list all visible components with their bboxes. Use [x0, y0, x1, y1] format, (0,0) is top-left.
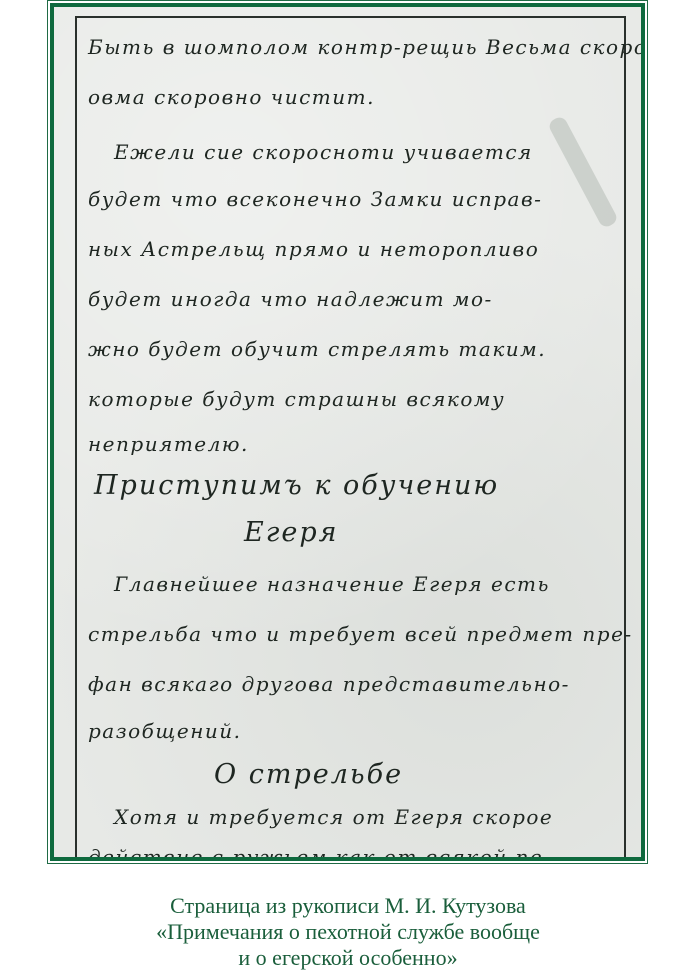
manuscript-line: действие с ружьем как от всякой пе- [88, 845, 629, 861]
manuscript-image-frame: Быть в шомполом контр-рещиь Весьма скоро… [47, 0, 648, 864]
manuscript-line: которые будут страшны всякому [88, 387, 629, 411]
manuscript-page: Быть в шомполом контр-рещиь Весьма скоро… [50, 3, 645, 861]
figure-caption: Страница из рукописи М. И. Кутузова «При… [0, 893, 696, 971]
manuscript-heading: Приступимъ к обучению [94, 470, 629, 501]
manuscript-line: стрельба что и требует всей предмет пре- [88, 622, 629, 646]
manuscript-line: разобщений. [88, 719, 629, 743]
manuscript-line: овма скоровно чистит. [88, 85, 629, 109]
manuscript-line: Хотя и требуется от Егеря скорое [114, 805, 629, 829]
manuscript-line: неприятелю. [88, 432, 629, 456]
manuscript-heading: Егеря [244, 517, 629, 548]
manuscript-line: будет иногда что надлежит мо- [88, 287, 629, 311]
manuscript-line: Ежели сие скоросноти учивается [114, 140, 629, 164]
caption-line-1: Страница из рукописи М. И. Кутузова [0, 893, 696, 919]
manuscript-heading: О стрельбе [214, 759, 629, 790]
manuscript-line: ных Астрельщ прямо и неторопливо [88, 237, 629, 261]
manuscript-line: Быть в шомполом контр-рещиь Весьма скоро… [88, 35, 629, 59]
manuscript-line: Главнейшее назначение Егеря есть [114, 572, 629, 596]
manuscript-line: будет что всеконечно Замки исправ- [88, 187, 629, 211]
manuscript-line: жно будет обучит стрелять таким. [88, 337, 629, 361]
caption-line-2: «Примечания о пехотной службе вообще [0, 919, 696, 945]
manuscript-line: фан всякаго другова представительно- [88, 672, 629, 696]
caption-line-3: и о егерской особенно» [0, 945, 696, 971]
